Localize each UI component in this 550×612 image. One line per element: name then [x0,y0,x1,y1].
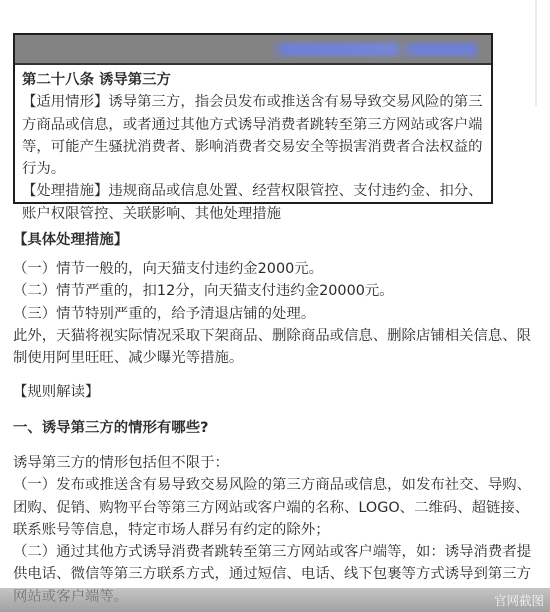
measure-item-2: （二）情节严重的，扣12分，向天猫支付违约金20000元。 [13,280,538,302]
applicable-label: 【适用情形】 [22,94,108,110]
article-title: 第二十八条 诱导第三方 [22,69,484,91]
bottom-gradient-overlay [0,588,550,612]
rule-box-body: 第二十八条 诱导第三方 【适用情形】诱导第三方，指会员发布或推送含有易导致交易风… [15,65,491,225]
measure-note: 此外，天猫将视实际情况采取下架商品、删除商品或信息、删除店铺相关信息、限制使用阿… [13,325,538,370]
measure-item-1: （一）情节一般的，向天猫支付违约金2000元。 [13,258,538,280]
page-divider [535,0,537,106]
interpretation-body: 诱导第三方的情形包括但不限于： （一）发布或推送含有易导致交易风险的第三方商品或… [13,452,538,608]
applicable-situation: 【适用情形】诱导第三方，指会员发布或推送含有易导致交易风险的第三方商品或信息，或… [22,91,484,180]
interpretation-question: 一、诱导第三方的情形有哪些? [13,417,538,439]
specific-measures-list: （一）情节一般的，向天猫支付违约金2000元。 （二）情节严重的，扣12分，向天… [13,258,538,369]
watermark-label: 官网截图 [494,591,544,609]
measure-item-3: （三）情节特别严重的，给予清退店铺的处理。 [13,303,538,325]
handling-measures: 【处理措施】违规商品或信息处置、经营权限管控、支付违约金、扣分、账户权限管控、关… [22,180,484,225]
interpretation-intro: 诱导第三方的情形包括但不限于： [13,452,538,474]
blurred-header-link[interactable] [272,43,477,56]
rule-box-header [15,35,491,65]
rule-article-box: 第二十八条 诱导第三方 【适用情形】诱导第三方，指会员发布或推送含有易导致交易风… [13,33,493,204]
interpretation-item-1: （一）发布或推送含有易导致交易风险的第三方商品或信息，如发布社交、导购、团购、促… [13,474,538,541]
specific-measures-heading: 【具体处理措施】 [13,229,538,251]
interpretation-heading: 【规则解读】 [13,381,538,403]
measures-label: 【处理措施】 [22,183,108,199]
